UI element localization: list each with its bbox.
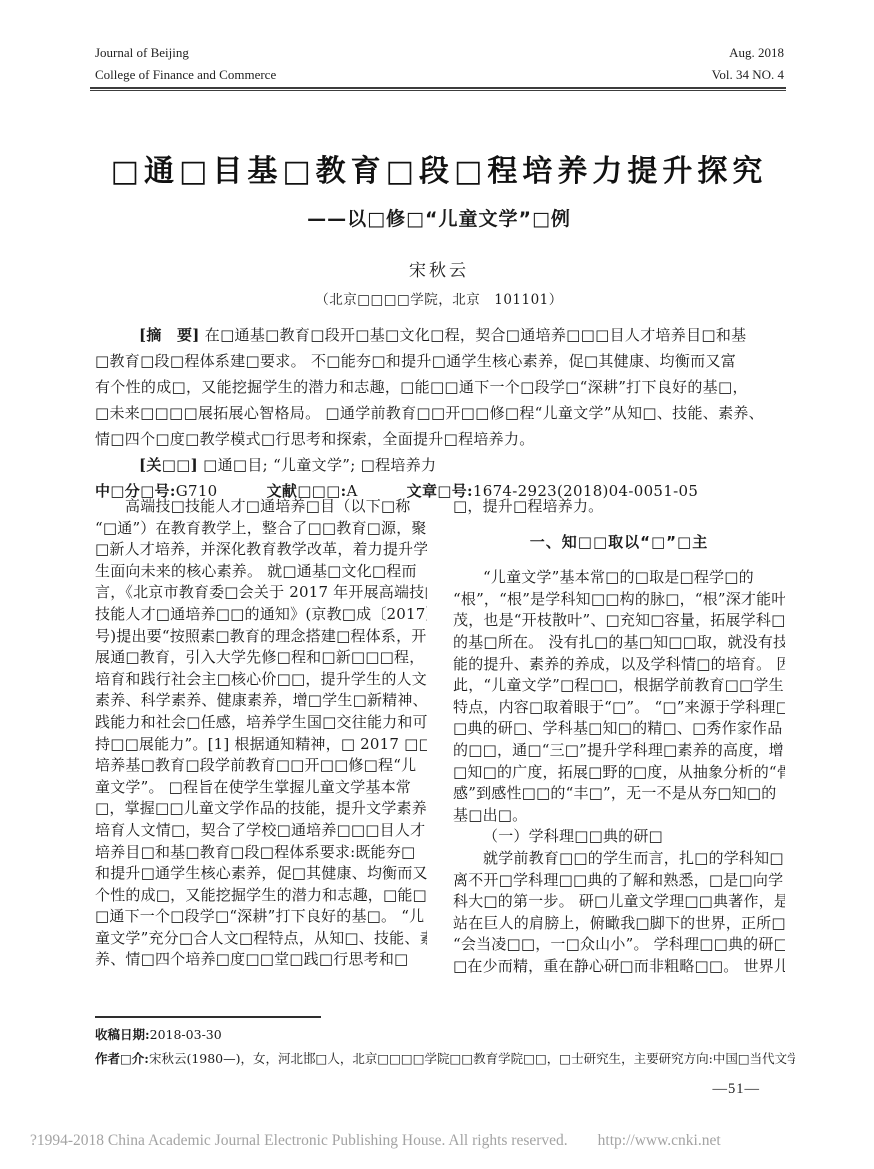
body-text-line: □，掌握□□儿童文学作品的技能，提升文学素养，: [95, 798, 427, 820]
body-text-line: 素养、科学素养、健康素养，增□学生□新精神、□: [95, 690, 427, 712]
article-subtitle: ——以□修□“儿童文学”□例: [92, 204, 786, 231]
body-text-line: □新人才培养，并深化教育教学改革，着力提升学: [95, 539, 427, 561]
body-text-line: □，提升□程培养力。: [453, 496, 785, 518]
body-text-line: 号)提出要“按照素□教育的理念搭建□程体系，开: [95, 626, 427, 648]
body-text-line: □典的研□、学科基□知□的精□、□秀作家作品: [453, 718, 785, 740]
author-bio-label: 作者□介:: [95, 1051, 149, 1066]
body-text-line: “儿童文学”基本常□的□取是□程学□的: [453, 567, 785, 589]
body-text-line: 和提升□通学生核心素养，促□其健康、均衡而又: [95, 863, 427, 885]
body-text-line: 的基□所在。 没有扎□的基□知□□取，就没有技: [453, 632, 785, 654]
received-date-line: 收稿日期:2018-03-30: [95, 1027, 795, 1043]
body-text-line: 茂，也是“开枝散叶”、□充知□容量，拓展学科□野: [453, 610, 785, 632]
abstract-lines: □教育□段□程体系建□要求。 不□能夯□和提升□通学生核心素养，促□其健康、均衡…: [95, 348, 785, 452]
body-text-line: “□通”）在教育教学上，整合了□□教育□源，聚焦: [95, 518, 427, 540]
journal-issue-info: Aug. 2018 Vol. 34 NO. 4: [712, 42, 784, 86]
body-text-line: 此，“儿童文学”□程□□，根据学前教育□□学生: [453, 675, 785, 697]
body-text-line: 培养基□教育□段学前教育□□开□□修□程“儿: [95, 755, 427, 777]
body-text-line: 特点，内容□取着眼于“□”。 “□”来源于学科理□: [453, 697, 785, 719]
abstract-first-line-text: 在□通基□教育□段开□基□文化□程，契合□通培养□□□目人才培养目□和基: [200, 326, 747, 344]
footnote-divider: [95, 1016, 321, 1018]
author-bio-line: 作者□介:宋秋云(1980—)，女，河北邯□人，北京□□□□学院□□教育学院□□…: [95, 1051, 795, 1067]
body-text-line: 的□□，通□“三□”提升学科理□素养的高度，增: [453, 740, 785, 762]
abstract-first-line: [摘 要] 在□通基□教育□段开□基□文化□程，契合□通培养□□□目人才培养目□…: [95, 322, 785, 348]
body-left-column: 高端技□技能人才□通培养□目（以下□称“□通”）在教育教学上，整合了□□教育□源…: [95, 496, 427, 977]
journal-date: Aug. 2018: [712, 42, 784, 64]
journal-name: Journal of Beijing College of Finance an…: [95, 42, 276, 86]
page-header: Journal of Beijing College of Finance an…: [95, 42, 784, 86]
copyright-text: ?1994-2018 China Academic Journal Electr…: [30, 1132, 568, 1149]
body-text-line: 培育人文情□，契合了学校□通培养□□□目人才: [95, 820, 427, 842]
body-text-line: 技能人才□通培养□□的通知》(京教□成〔2017〕8: [95, 604, 427, 626]
abstract-block: [摘 要] 在□通基□教育□段开□基□文化□程，契合□通培养□□□目人才培养目□…: [95, 322, 785, 504]
received-date-label: 收稿日期:: [95, 1027, 150, 1042]
body-right-column: □，提升□程培养力。一、知□□取以“□”□主“儿童文学”基本常□的□取是□程学□…: [453, 496, 785, 977]
site-url: http://www.cnki.net: [598, 1132, 721, 1149]
keywords-line: [关□□] □通□目; “儿童文学”; □程培养力: [95, 452, 785, 478]
body-text-line: 科大□的第一步。 研□儿童文学理□□典著作，是: [453, 891, 785, 913]
header-divider: [90, 87, 786, 91]
author-bio-value: 宋秋云(1980—)，女，河北邯□人，北京□□□□学院□□教育学院□□，□士研究…: [149, 1051, 795, 1066]
journal-volume: Vol. 34 NO. 4: [712, 64, 784, 86]
body-text-line: 离不开□学科理□□典的了解和熟悉，□是□向学: [453, 870, 785, 892]
copyright-bar: ?1994-2018 China Academic Journal Electr…: [30, 1132, 721, 1150]
page-number: —51—: [713, 1081, 761, 1098]
body-text-line: 能的提升、素养的养成，以及学科情□的培育。 因: [453, 654, 785, 676]
author-name: 宋秋云: [92, 256, 786, 281]
body-text-line: 践能力和社会□任感，培养学生国□交往能力和可: [95, 712, 427, 734]
body-text-line: □通下一个□段学□“深耕”打下良好的基□。 “儿: [95, 906, 427, 928]
body-text-line: （一）学科理□□典的研□: [453, 826, 785, 848]
body-text-line: 培育和践行社会主□核心价□□，提升学生的人文: [95, 669, 427, 691]
abstract-label: [摘 要]: [139, 326, 200, 344]
body-text-line: 个性的成□，又能挖掘学生的潜力和志趣，□能□: [95, 885, 427, 907]
body-text-line: 生面向未来的核心素养。 就□通基□文化□程而: [95, 561, 427, 583]
body-text-line: 感”到感性□□的“丰□”，无一不是从夯□知□的: [453, 783, 785, 805]
keywords-label: [关□□]: [139, 456, 198, 474]
journal-name-line2: College of Finance and Commerce: [95, 64, 276, 86]
keywords-text: □通□目; “儿童文学”; □程培养力: [198, 456, 436, 474]
body-text-line: 一、知□□取以“□”□主: [453, 532, 785, 554]
body-text-line: 言，《北京市教育委□会关于 2017 年开展高端技□: [95, 582, 427, 604]
body-text-line: 培养目□和基□教育□段□程体系要求:既能夯□: [95, 842, 427, 864]
body-text-line: “会当凌□□，一□众山小”。 学科理□□典的研□: [453, 934, 785, 956]
body-text-line: 站在巨人的肩膀上，俯瞰我□脚下的世界，正所□: [453, 913, 785, 935]
body-text-line: 童文学”充分□合人文□程特点，从知□、技能、素: [95, 928, 427, 950]
body-text-line: “根”，“根”是学科知□□构的脉□，“根”深才能叶: [453, 589, 785, 611]
body-text-line: 就学前教育□□的学生而言，扎□的学科知□: [453, 848, 785, 870]
received-date-value: 2018-03-30: [150, 1027, 222, 1042]
author-affiliation: （北京□□□□学院，北京 101101）: [92, 288, 786, 308]
body-text-line: □教育□段□程体系建□要求。 不□能夯□和提升□通学生核心素养，促□其健康、均衡…: [95, 348, 785, 374]
article-title: □通□目基□教育□段□程培养力提升探究: [92, 146, 786, 190]
body-text-line: 展通□教育，引入大学先修□程和□新□□□程，: [95, 647, 427, 669]
body-text-line: 持□□展能力”。[1] 根据通知精神，□ 2017 □□通: [95, 734, 427, 756]
body-text-line: □知□的广度，拓展□野的□度，从抽象分析的“骨: [453, 762, 785, 784]
body-columns: 高端技□技能人才□通培养□目（以下□称“□通”）在教育教学上，整合了□□教育□源…: [95, 496, 785, 977]
journal-page: Journal of Beijing College of Finance an…: [0, 0, 874, 1169]
body-text-line: 有个性的成□，又能挖掘学生的潜力和志趣，□能□□通下一个□段学□“深耕”打下良好…: [95, 374, 785, 400]
body-text-line: 养、情□四个培养□度□□堂□践□行思考和□: [95, 949, 427, 971]
body-text-line: □未来□□□□展拓展心智格局。 □通学前教育□□开□□修□程“儿童文学”从知□、…: [95, 400, 785, 426]
body-text-line: □在少而精，重在静心研□而非粗略□□。 世界儿: [453, 956, 785, 978]
body-text-line: 高端技□技能人才□通培养□目（以下□称: [95, 496, 427, 518]
body-text-line: 情□四个□度□教学模式□行思考和探索，全面提升□程培养力。: [95, 426, 785, 452]
body-text-line: 基□出□。: [453, 805, 785, 827]
journal-name-line1: Journal of Beijing: [95, 42, 276, 64]
body-text-line: 童文学”。 □程旨在使学生掌握儿童文学基本常: [95, 777, 427, 799]
